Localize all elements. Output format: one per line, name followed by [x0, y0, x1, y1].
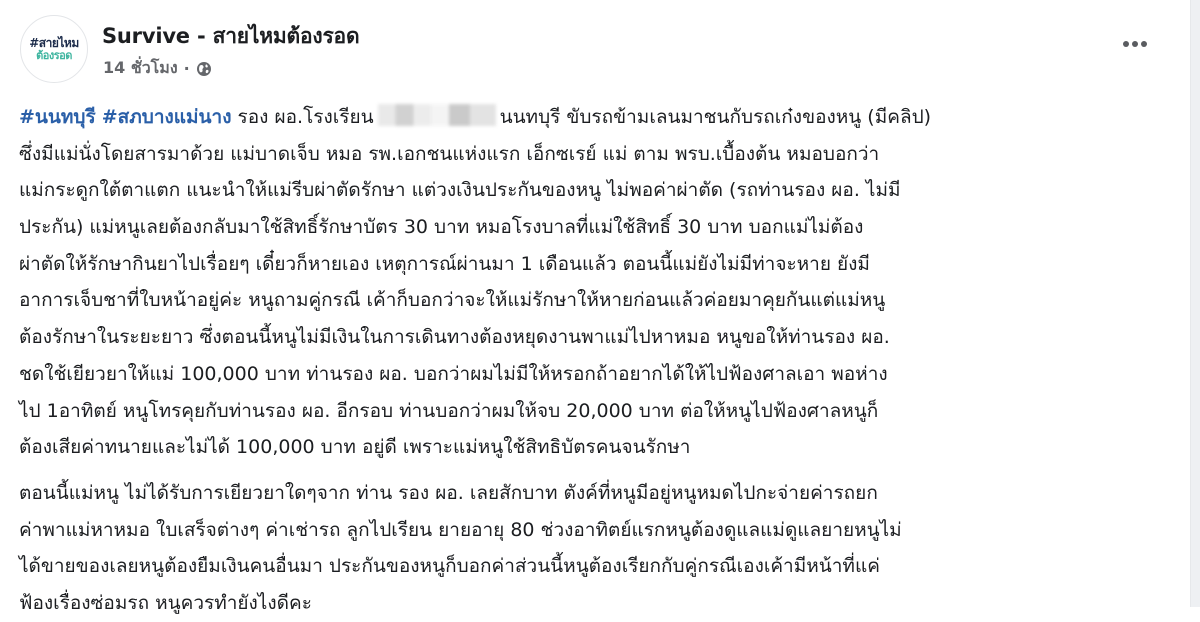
page-name-link[interactable]: Survive - สายไหมต้องรอด: [102, 20, 359, 53]
post-line: อาการเจ็บชาที่ใบหน้าอยู่ค่ะ หนูถามคู่กรณ…: [19, 282, 1179, 319]
post-line: ไป 1อาทิตย์ หนูโทรคุยกับท่านรอง ผอ. อีกร…: [19, 393, 1179, 430]
post-text: รอง ผอ.โรงเรียน: [238, 106, 374, 128]
post-line: ค่าพาแม่หาหมอ ใบเสร็จต่างๆ ค่าเช่ารถ ลูก…: [19, 512, 1179, 549]
more-options-icon-dot: [1123, 41, 1129, 47]
post-line: ต้องเสียค่าทนายและไม่ได้ 100,000 บาท อยู…: [19, 429, 1179, 466]
post-line: ผ่าตัดให้รักษากินยาไปเรื่อยๆ เดี๋ยวก็หาย…: [19, 246, 1179, 283]
page-avatar[interactable]: #สายไหม ต้องรอด: [20, 15, 88, 83]
more-options-icon-dot: [1141, 41, 1147, 47]
post-line: ต้องรักษาในระยะยาว ซึ่งตอนนี้หนูไม่มีเงิ…: [19, 319, 1179, 356]
avatar-text-line1: #สายไหม: [29, 37, 79, 49]
more-options-icon-dot: [1132, 41, 1138, 47]
post-line: ซึ่งมีแม่นั่งโดยสารมาด้วย แม่บาดเจ็บ หมอ…: [19, 136, 1179, 173]
hashtag-link[interactable]: #นนทบุรี: [19, 106, 96, 128]
hashtag-link[interactable]: #สภบางแม่นาง: [102, 106, 232, 128]
post-paragraph-1: #นนทบุรี #สภบางแม่นาง รอง ผอ.โรงเรียนนนท…: [19, 99, 1179, 466]
meta-separator: ·: [184, 59, 190, 78]
post-line: ประกัน) แม่หนูเลยต้องกลับมาใช้สิทธิ์รักษ…: [19, 209, 1179, 246]
post-paragraph-2: ตอนนี้แม่หนู ไม่ได้รับการเยียวยาใดๆจาก ท…: [19, 475, 1179, 607]
page-scrollbar-track[interactable]: [1190, 0, 1200, 607]
post-text: นนทบุรี ขับรถข้ามเลนมาชนกับรถเก๋งของหนู …: [500, 106, 932, 128]
more-options-button[interactable]: [1120, 36, 1150, 52]
post-line: ตอนนี้แม่หนู ไม่ได้รับการเยียวยาใดๆจาก ท…: [19, 475, 1179, 512]
post-line: แม่กระดูกใต้ตาแตก แนะนำให้แม่รีบผ่าตัดรั…: [19, 172, 1179, 209]
post-line: ฟ้องเรื่องซ่อมรถ หนูควรทำยังไงดีคะ: [19, 585, 1179, 607]
globe-icon[interactable]: [196, 61, 212, 77]
post-line: #นนทบุรี #สภบางแม่นาง รอง ผอ.โรงเรียนนนท…: [19, 99, 1179, 136]
post-line: ชดใช้เยียวยาให้แม่ 100,000 บาท ท่านรอง ผ…: [19, 356, 1179, 393]
post-timestamp[interactable]: 14 ชั่วโมง: [103, 56, 178, 81]
facebook-post: #สายไหม ต้องรอด Survive - สายไหมต้องรอด …: [0, 0, 1190, 607]
post-meta: 14 ชั่วโมง ·: [103, 56, 212, 81]
post-line: ได้ขายของเลยหนูต้องยืมเงินคนอื่นมา ประกั…: [19, 548, 1179, 585]
post-body: #นนทบุรี #สภบางแม่นาง รอง ผอ.โรงเรียนนนท…: [19, 99, 1179, 607]
redacted-school-name: [378, 104, 496, 126]
avatar-text-line2: ต้องรอด: [36, 50, 72, 61]
